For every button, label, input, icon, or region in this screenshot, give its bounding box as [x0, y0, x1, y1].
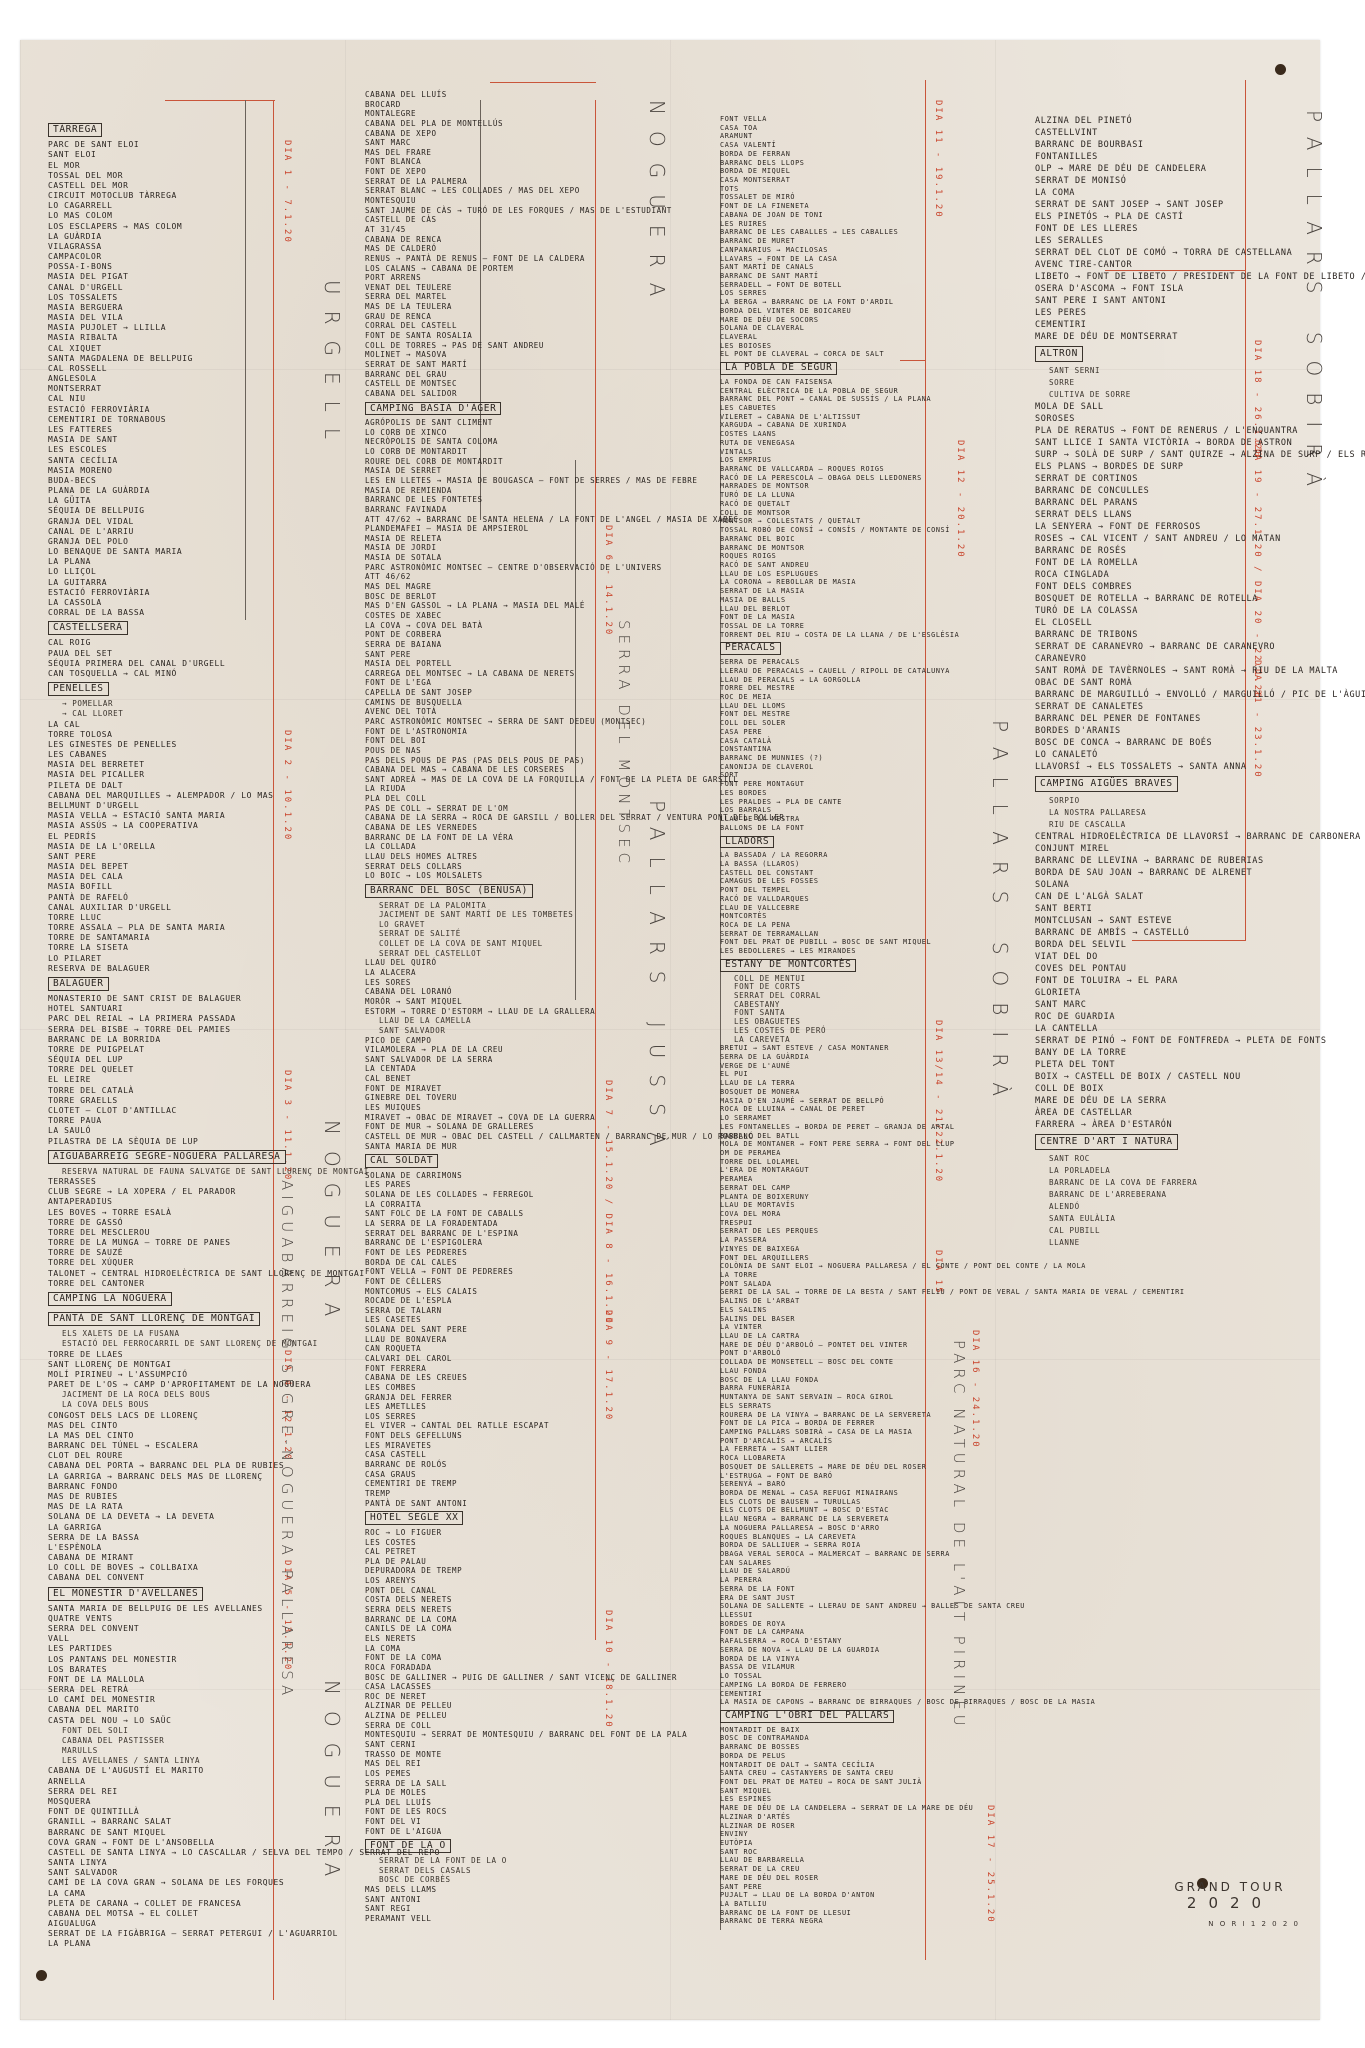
route-column-4: ALZINA DEL PINETÓCASTELLVINTBARRANC DE B…: [1035, 115, 1245, 1249]
place-name: SANT LLICE I SANTA VICTÒRIA → BORDA DE A…: [1035, 438, 1292, 448]
place-name: PONT D'ARCALÍS → ARCALÍS: [720, 1437, 833, 1445]
place-name: BORDA DEL SELVIL: [1035, 940, 1126, 950]
place-entry: ANTAPERADIUS: [48, 1197, 268, 1207]
place-entry: COLL DE MONTSOR: [720, 509, 925, 518]
place-name: SERRAT DELS COLLARS: [365, 862, 462, 871]
place-entry: SÉQUIA PRIMERA DEL CANAL D'URGELL: [48, 659, 268, 669]
place-entry: FONT DE LES LLERES: [1035, 223, 1245, 235]
place-name: SERRAT DE LA PALOMITA: [379, 901, 486, 910]
place-name: FONT DEL PRAT DE MATEU → ROCA DE SANT JU…: [720, 1778, 922, 1786]
place-entry: MARULLS: [48, 1746, 268, 1756]
place-entry: TORRE DEL MESTRE: [720, 684, 925, 693]
place-entry: COLL DE TORRES → PAS DE SANT ANDREU: [365, 341, 590, 351]
place-name: FONT DE LES ROCS: [365, 1807, 447, 1816]
place-name: CLAVERAL: [720, 333, 758, 341]
place-entry: CAL PUBILL: [1035, 1225, 1245, 1237]
place-name: LES ESCOLES: [48, 445, 107, 454]
place-name: BARRANC DEL BATLL: [720, 1132, 800, 1140]
place-entry: CAL BENET: [365, 1074, 590, 1084]
place-name: LES FONTANELLES → BORDA DE PERET — GRANJ…: [720, 1123, 955, 1131]
place-name: TOSSAL DEL MOR: [48, 171, 123, 180]
place-entry: CABANA DEL CONVENT: [48, 1573, 268, 1583]
place-name: SERRA DEL BISBE → TORRE DEL PAMIES: [48, 1025, 231, 1034]
place-entry: LA ALACERA: [365, 968, 590, 978]
place-name: SOROSES: [1035, 414, 1075, 424]
place-entry: SERRA DE LA GUÀRDIA: [720, 1053, 925, 1062]
place-name: CABANA DEL MARITO: [48, 1705, 139, 1714]
place-name: AGRÓPOLIS DE SANT CLIMENT: [365, 418, 493, 427]
place-name: ROC DE NERET: [365, 1692, 426, 1701]
place-name: OSERA D'ASCOMA → FONT ISLA: [1035, 284, 1184, 294]
place-name: LA FERRETA → SANT LLIER: [720, 1445, 828, 1453]
place-name: LES CABANES: [48, 750, 107, 759]
place-name: ELS CLOTS DE BELLMUNT → BOSC D'ESTAC: [720, 1506, 889, 1514]
place-entry: BARRANC DE BOURBASI: [1035, 139, 1245, 151]
place-name: COLLADA DE MONSETELL — BOSC DEL CONTE: [720, 1358, 894, 1366]
place-name: MASIA DEL BEPET: [48, 862, 129, 871]
place-entry: MASIA PUJOLET → LLILLA: [48, 323, 268, 333]
place-name: MARRADES DE MONTSOR: [720, 482, 809, 490]
place-entry: GRAU DE RENCA: [365, 312, 590, 322]
place-name: EL PEDRÍS: [48, 832, 96, 841]
place-entry: BOSC DE BERLOT: [365, 592, 590, 602]
place-name: ALZINAR D'ARTÉS: [720, 1813, 790, 1821]
place-entry: CLAU DE VALLCEBRE: [720, 904, 925, 913]
place-name: BELLMUNT D'URGELL: [48, 801, 139, 810]
place-entry: SERRA DEL REI: [48, 1787, 268, 1797]
place-entry: POUS DE NAS: [365, 746, 590, 756]
place-entry: MASIA DE SERRET: [365, 466, 590, 476]
place-heading: ESTANY DE MONTCORTÈS: [720, 956, 925, 975]
place-entry: ANGLESOLA: [48, 374, 268, 384]
place-name: LA SENYERA → FONT DE FERROSOS: [1035, 522, 1201, 532]
place-name: PLA DEL COLL: [365, 794, 426, 803]
place-name: TOSSAL DE LA TORRE: [720, 622, 804, 630]
place-name: TORRE DEL MESTRE: [720, 684, 795, 692]
place-entry: BARRANC DE ROLÓS: [365, 1460, 590, 1470]
day-label: DIA 16 - 24.1.20: [970, 1330, 980, 1449]
place-name: COVA GRAN → FONT DE L'ANSOBELLA: [48, 1838, 214, 1847]
place-entry: MAS DE LA RATA: [48, 1502, 268, 1512]
place-name: TORRE DEL CATALÀ: [48, 1086, 134, 1095]
place-name: SANT PERE: [720, 1883, 762, 1891]
place-entry: BARRANC DEL BATLL: [720, 1132, 925, 1141]
place-entry: EL LEIRE: [48, 1075, 268, 1085]
place-entry: CABANA DE XEPO: [365, 129, 590, 139]
place-name: BARRANC DEL BOSC (BENUSA): [365, 884, 533, 898]
place-name: LES EN LLETES → MASIA DE BOUGASCA — FONT…: [365, 476, 698, 485]
place-entry: SANT FOLC DE LA FONT DE CABALLS: [365, 1209, 590, 1219]
place-name: SERRA DE TALARN: [365, 1306, 442, 1315]
place-entry: ROCA FORADADA: [365, 1663, 590, 1673]
place-name: LA NOSTRA PALLARESA: [1049, 808, 1146, 817]
place-name: FONT DE CÈLLERS: [365, 1277, 442, 1286]
place-name: CAN TOSQUELLA → CAL MINÓ: [48, 669, 177, 678]
place-name: LES PARES: [365, 1180, 411, 1189]
place-entry: SANTA CECÍLIA: [48, 456, 268, 466]
place-name: CABANA DEL LORANÓ: [365, 987, 452, 996]
place-entry: BANY DE LA TORRE: [1035, 1047, 1245, 1059]
place-name: COVA DEL MORA: [720, 1210, 781, 1218]
place-entry: BARRANC DEL PONT → CANAL DE SUSSÍS / LA …: [720, 395, 925, 404]
place-entry: LES COMBES: [365, 1383, 590, 1393]
place-name: FONT DE LA CAMPANA: [720, 1628, 804, 1636]
place-name: ROCADE DE L'ESPLA: [365, 1296, 452, 1305]
place-entry: LO CANALETÓ: [1035, 749, 1245, 761]
place-name: SANT SALVADOR DE LA SERRA: [365, 1055, 493, 1064]
place-name: SERRA DE LA FONT: [720, 1585, 795, 1593]
place-entry: LA NOGUERA PALLARESA → BOSC D'ARRO: [720, 1524, 925, 1533]
place-name: GRANILL → BARRANC SALAT: [48, 1817, 172, 1826]
place-name: SORPIO: [1049, 796, 1080, 805]
place-entry: CIRCUIT MOTOCLUB TÀRREGA: [48, 191, 268, 201]
place-entry: FONT DE LA FINENETA: [720, 202, 925, 211]
place-name: ALENDÓ: [1049, 1202, 1080, 1211]
place-entry: EL PONT DE CLAVERAL → CORCA DE SALT: [720, 350, 925, 359]
place-entry: SERRAT DE LA PALOMITA: [365, 901, 590, 911]
place-entry: TORRE DE GASSÓ: [48, 1218, 268, 1228]
red-day-divider: [1245, 720, 1246, 940]
place-entry: BARRANC DE TRIBONS: [1035, 629, 1245, 641]
place-name: BOSC DE BERLOT: [365, 592, 437, 601]
place-name: LA POBLA DE SEGUR: [720, 362, 837, 375]
place-entry: LOS PEMES: [365, 1769, 590, 1779]
place-name: SANT MARC: [1035, 1000, 1086, 1010]
place-entry: LA TORRE: [720, 1271, 925, 1280]
place-name: PANTÀ DE SANT ANTONI: [365, 1499, 467, 1508]
place-name: CASA CATALÀ: [720, 737, 772, 745]
place-entry: AGRÓPOLIS DE SANT CLIMENT: [365, 418, 590, 428]
place-name: FONT PERE MONTAGUT: [720, 780, 804, 788]
place-entry: BOSC DE CONCA → BARRANC DE BOÉS: [1035, 737, 1245, 749]
place-entry: CABANA DE LES CREUES: [365, 1373, 590, 1383]
place-name: PLETA DE CARANA → COLLET DE FRANCESA: [48, 1899, 241, 1908]
place-name: TORRE DE GASSÓ: [48, 1218, 123, 1227]
place-entry: COLL DEL SOLER: [720, 719, 925, 728]
place-entry: SORPIO: [1035, 795, 1245, 807]
place-name: SOLANA DE LA DEVETA → LA DEVETA: [48, 1512, 214, 1521]
place-entry: PARC ASTRONÒMIC MONTSEC — CENTRE D'OBSER…: [365, 563, 590, 573]
place-name: RENUS → PANTÀ DE RENUS — FONT DE LA CALD…: [365, 254, 585, 263]
place-name: CARREGA DEL MONTSEC → LA CABANA DE NERET…: [365, 669, 575, 678]
place-entry: MAS DELS LLAMS: [365, 1885, 590, 1895]
place-entry: SERRA DE LA BASSA: [48, 1533, 268, 1543]
place-entry: MOLÍ PIRINEU → L'ASSUMPCIÓ: [48, 1370, 268, 1380]
place-entry: FONT DELS COMBRES: [1035, 581, 1245, 593]
place-name: ATT 46/62: [365, 572, 411, 581]
place-entry: BOSC DE CORBÈS: [365, 1875, 590, 1885]
place-entry: MONTARDIT DE BAIX: [720, 1726, 925, 1735]
place-entry: MAS DEL CINTO: [48, 1421, 268, 1431]
place-name: CAPELLA DE SANT JOSEP: [365, 688, 472, 697]
place-entry: PLETA DEL TONT: [1035, 1059, 1245, 1071]
place-entry: BARRANC DE AMBÍS → CASTELLÓ: [1035, 927, 1245, 939]
place-entry: CABANA DE RENCA: [365, 235, 590, 245]
place-name: MASIA DE BALLS: [720, 596, 786, 604]
place-entry: MASIA DE SANT: [48, 435, 268, 445]
place-name: CARANEVRO: [1035, 654, 1086, 664]
place-name: BARRANC DE LES CABALLES → LES CABALLES: [720, 228, 898, 236]
place-name: BARRANC DEL GRAU: [365, 370, 447, 379]
place-name: TORRE LA SISETA: [48, 943, 129, 952]
place-entry: SANTA MAGDALENA DE BELLPUIG: [48, 354, 268, 364]
place-name: BARRANC DEL PONT → CANAL DE SUSSÍS / LA …: [720, 395, 931, 403]
place-name: LES CABUETES: [720, 404, 776, 412]
place-name: RACÓ DE LA PERESCOLA — OBAGA DELS LLEDON…: [720, 474, 922, 482]
place-name: MONTSERRAT: [48, 384, 102, 393]
place-entry: BUDA-BECS: [48, 476, 268, 486]
place-entry: BARRANC DE BOSSES: [720, 1743, 925, 1752]
place-entry: FONT PERE MONTAGUT: [720, 780, 925, 789]
place-entry: MAS DE LA TEULERA: [365, 302, 590, 312]
place-entry: RENUS → PANTÀ DE RENUS — FONT DE LA CALD…: [365, 254, 590, 264]
place-entry: OLP → MARE DE DÉU DE CANDELERA: [1035, 163, 1245, 175]
red-connector: [165, 100, 275, 101]
place-entry: PONT DE CORBERA: [365, 630, 590, 640]
place-name: MASIA MORENO: [48, 466, 112, 475]
route-notebook-sheet: DIA 1 - 7.1.20 DIA 2 - 10.1.20 DIA 3 - 1…: [20, 40, 1320, 2020]
place-name: CASA CASTELL: [365, 1450, 426, 1459]
place-entry: LA CAMA: [48, 1889, 268, 1899]
place-entry: ENVINY: [720, 1830, 925, 1839]
place-entry: CABANA DE LES VERNEDES: [365, 823, 590, 833]
place-entry: CASA VALENTÍ: [720, 141, 925, 150]
place-entry: BORDA DE PELUS: [720, 1752, 925, 1761]
place-entry: FONT DEL VI: [365, 1817, 590, 1827]
place-name: PORT ARRENS: [365, 273, 421, 282]
place-name: BARRANC DE LLEVINA → BARRANC DE RUBERIAS: [1035, 856, 1264, 866]
place-entry: LA RIUDA: [365, 784, 590, 794]
place-entry: BORDA DE SAU JOAN → BARRANC DE ALRENET: [1035, 867, 1245, 879]
place-entry: GRANJA DEL VIDAL: [48, 517, 268, 527]
place-entry: FONT DE L'AIGUA: [365, 1827, 590, 1837]
place-name: AIGUALUGA: [48, 1919, 96, 1928]
place-entry: CEMENTIRI DE TORNABOUS: [48, 415, 268, 425]
place-entry: LES BEDOLLERES → LES MIRANDES: [720, 947, 925, 956]
place-entry: FONT DE XEPO: [365, 167, 590, 177]
place-entry: TORRE DE SAUZÉ: [48, 1248, 268, 1258]
place-entry: SANT LLICE I SANTA VICTÒRIA → BORDA DE A…: [1035, 437, 1245, 449]
place-entry: BARRANC DE L'ARREBERANA: [1035, 1189, 1245, 1201]
place-entry: ROCA LLOBARETA: [720, 1454, 925, 1463]
place-name: BARRANC DE CONCULLES: [1035, 486, 1149, 496]
place-entry: LO GRAVET: [365, 920, 590, 930]
place-entry: TORRE DEL CANTONER: [48, 1279, 268, 1289]
place-name: SERRAT DE PINÓ → FONT DE FONTFREDA → PLE…: [1035, 1036, 1327, 1046]
place-entry: CARREGA DEL MONTSEC → LA CABANA DE NERET…: [365, 669, 590, 679]
place-name: LLAU DE SALARDÚ: [720, 1567, 790, 1575]
place-entry: MONTESQUIU: [365, 196, 590, 206]
place-name: MASIA PUJOLET → LLILLA: [48, 323, 166, 332]
place-entry: LES ESCOLES: [48, 445, 268, 455]
place-name: LO BENAQUE DE SANTA MARIA: [48, 547, 182, 556]
place-entry: MONTARDIT DE DALT → SANTA CECÍLIA: [720, 1761, 925, 1770]
place-name: FONTANILLES: [1035, 152, 1098, 162]
place-name: LLAVARS → FONT DE LA CASA: [720, 255, 837, 263]
place-name: COLL DE MENTUI: [734, 974, 806, 983]
place-name: RESERVA DE BALAGUER: [48, 964, 150, 973]
place-name: LA BATLLIU: [720, 1900, 767, 1908]
place-name: CLUB SEGRE → LA XOPERA / EL PARADOR: [48, 1187, 236, 1196]
place-entry: LOS BARRALS: [720, 806, 925, 815]
place-name: MAS DEL REI: [365, 1759, 421, 1768]
place-name: LLAU DE LA MESTRA: [720, 815, 800, 823]
place-entry: LES CABANES: [48, 750, 268, 760]
place-entry: QUATRE VENTS: [48, 1614, 268, 1624]
place-name: EL CLOSELL: [1035, 618, 1092, 628]
place-entry: LA CAL: [48, 720, 268, 730]
place-entry: ESTACIÓ FERROVIÀRIA: [48, 588, 268, 598]
place-entry: BOSC DE GALLINER → PUIG DE GALLINER / SA…: [365, 1673, 590, 1683]
place-name: MAS DEL FRARE: [365, 148, 432, 157]
place-entry: MIRAVET → OBAC DE MIRAVET → COVA DE LA G…: [365, 1113, 590, 1123]
place-name: MASIA RIBALTA: [48, 333, 118, 342]
place-name: SANT FOLC DE LA FONT DE CABALLS: [365, 1209, 524, 1218]
place-entry: BALLONS DE LA FONT: [720, 824, 925, 833]
region-label-pallars-sobira: PALLARS SOBIRÀ: [988, 720, 1012, 1112]
place-name: CAMPING L'OBRI DEL PALLARS: [720, 1710, 894, 1723]
place-name: BROCARD: [365, 100, 401, 109]
place-name: LO CAMÍ DEL MONESTIR: [48, 1695, 155, 1704]
place-entry: BARRANC DEL GRAU: [365, 370, 590, 380]
place-entry: BARRANC DE SANT MIQUEL: [48, 1828, 268, 1838]
place-entry: MASIA VELLA → ESTACIÓ SANTA MARIA: [48, 811, 268, 821]
place-entry: CANONIJA DE CLAVEROL: [720, 763, 925, 772]
place-heading: HOTEL SEGLE XX: [365, 1508, 590, 1528]
place-entry: BARRANC DE LA FONT DE LA VÉRA: [365, 833, 590, 843]
place-name: LES FATTERES: [48, 425, 112, 434]
place-name: JACIMENT DE SANT MARTÍ DE LES TOMBETES: [379, 910, 573, 919]
place-name: LOS SERRES: [720, 289, 767, 297]
place-entry: MAS DEL FRARE: [365, 148, 590, 158]
place-entry: CAN DE L'ALGÀ SALAT: [1035, 891, 1245, 903]
place-name: MORÓR → SANT MIQUEL: [365, 997, 462, 1006]
place-name: FONT BLANCA: [365, 157, 421, 166]
place-name: FONT DE LA PICA → BORDA DE FERRER: [720, 1419, 875, 1427]
place-name: LOS ESCLAPERS → MAS COLOM: [48, 222, 182, 231]
place-name: LA SAULÓ: [48, 1126, 91, 1135]
place-entry: CABANA DE MIRANT: [48, 1553, 268, 1563]
place-entry: LO LLIÇOL: [48, 567, 268, 577]
place-name: LES MUIQUES: [365, 1103, 421, 1112]
place-entry: BARRANC DEL PENER DE FONTANES: [1035, 713, 1245, 725]
place-name: RESERVA NATURAL DE FAUNA SALVATGE DE SAN…: [62, 1167, 369, 1176]
place-name: AT 31/45: [365, 225, 406, 234]
place-entry: TORRENT DEL RIU → COSTA DE LA LLANA / DE…: [720, 631, 925, 640]
place-name: COLL DE MONTSOR: [720, 509, 790, 517]
place-entry: MASIA DEL BEPET: [48, 862, 268, 872]
place-entry: SERRAT DE LA CREU: [720, 1865, 925, 1874]
place-heading: CAMPING L'OBRI DEL PALLARS: [720, 1707, 925, 1726]
place-name: ROC → LO FIGUER: [365, 1528, 442, 1537]
place-entry: SERRAT DE SANT MARTÍ: [365, 360, 590, 370]
place-name: ELS SERRATS: [720, 1402, 772, 1410]
place-name: BORDA DE LA VINYA: [720, 1655, 800, 1663]
place-entry: LES BOIOSES: [720, 342, 925, 351]
place-entry: LES PRALDES → PLA DE CANTE: [720, 798, 925, 807]
place-entry: ELS XALETS DE LA FUSANA: [48, 1329, 268, 1339]
place-entry: SERRAT DEL BARRANC DE L'ESPINA: [365, 1229, 590, 1239]
place-name: LA PORLADELA: [1049, 1166, 1110, 1175]
place-entry: MASIA DEL PORTELL: [365, 659, 590, 669]
place-entry: CABANA DEL MAS → CABANA DE LES CORSERES: [365, 765, 590, 775]
place-entry: RAFALSERRA → ROCA D'ESTANY: [720, 1637, 925, 1646]
place-entry: JACIMENT DE LA ROCA DELS BOUS: [48, 1390, 268, 1400]
place-entry: FONT DE LA MALLOLA: [48, 1675, 268, 1685]
place-name: CAMPING BASIA D'ÀGER: [365, 402, 501, 416]
place-name: LO SERRAMET: [720, 1114, 772, 1122]
place-name: CABANA DE RENCA: [365, 235, 442, 244]
place-name: TERRASSES: [48, 1177, 96, 1186]
place-name: BOSC DE CONCA → BARRANC DE BOÉS: [1035, 738, 1212, 748]
place-name: VILAGRASSA: [48, 242, 102, 251]
day-label: DIA 13/14 - 21/22.1.20: [933, 1020, 943, 1183]
place-name: SOLANA DEL SANT PERE: [365, 1325, 467, 1334]
place-name: LA BASSA (LLAROS): [720, 860, 800, 868]
place-name: ROCA DE LLUINA → CANAL DE PERET: [720, 1105, 865, 1113]
place-name: LES PARTIDES: [48, 1644, 112, 1653]
place-name: SOLANA: [1035, 880, 1069, 890]
place-entry: ESTORM → TORRE D'ESTORM → LLAU DE LA GRA…: [365, 1007, 590, 1017]
place-entry: SANT MARTÍ DE CANALS: [720, 263, 925, 272]
place-name: GRANJA DEL FERRER: [365, 1393, 452, 1402]
place-name: LOS EMPRIUS: [720, 456, 772, 464]
place-entry: SERRAT DELS COLLARS: [365, 862, 590, 872]
place-name: MONTESQUIU → SERRAT DE MONTESQUIU / BARR…: [365, 1730, 687, 1739]
place-entry: BORDA DE LA VINYA: [720, 1655, 925, 1664]
place-name: LA RIUDA: [365, 784, 406, 793]
place-name: BOSC DE CONTRAMANDA: [720, 1734, 809, 1742]
place-name: ROCA CINGLADA: [1035, 570, 1109, 580]
place-entry: CABANA DEL MARQUILLES → ALEMPADOR / LO M…: [48, 791, 268, 801]
place-name: GRAU DE RENCA: [365, 312, 432, 321]
place-entry: LO COLL DE BOVES → COLLBAIXA: [48, 1563, 268, 1573]
place-entry: CASTA DEL NOU → LO SAÜC: [48, 1716, 268, 1726]
place-entry: PANTÀ DE SANT ANTONI: [365, 1499, 590, 1509]
place-name: CANILS DE LA COMA: [365, 1624, 452, 1633]
place-entry: BARRANC DE LA BORRIDA: [48, 1035, 268, 1045]
place-entry: AVENC TIRE-CANTOR: [1035, 259, 1245, 271]
place-entry: PLA DEL COLL: [365, 794, 590, 804]
place-entry: SERRAT DE SALITÉ: [365, 929, 590, 939]
region-label-aiguabarreig: AIGUABARREIG SEGRE-NOGUERA PALLARESA: [278, 1180, 296, 1700]
place-entry: CENTRAL ELÈCTRICA DE LA POBLA DE SEGUR: [720, 387, 925, 396]
place-name: SANT PERE I SANT ANTONI: [1035, 296, 1167, 306]
place-name: CASTELL DEL MOR: [48, 181, 129, 190]
place-name: PERAMANT VELL: [365, 1914, 432, 1923]
place-name: QUATRE VENTS: [48, 1614, 112, 1623]
place-name: CABANA DE XEPO: [365, 129, 437, 138]
place-entry: SALINS DE L'ARBAT: [720, 1297, 925, 1306]
place-entry: PLA DE MOLES: [365, 1788, 590, 1798]
place-entry: LES MUIQUES: [365, 1103, 590, 1113]
day-label: DIA 21 - 23.1.20: [1252, 660, 1262, 779]
place-heading: LLADORS: [720, 833, 925, 852]
place-name: CABANA DEL CONVENT: [48, 1573, 145, 1582]
route-column-3: FONT VELLACASA TOAARAMUNTCASA VALENTÍBOR…: [720, 115, 925, 1926]
place-entry: LOS EMPRIUS: [720, 456, 925, 465]
place-name: CABANA DE MIRANT: [48, 1553, 134, 1562]
place-entry: BORDA DE FERRAN: [720, 150, 925, 159]
place-name: SANTA MARIA DE BELLPUIG DE LES AVELLANES: [48, 1604, 263, 1613]
place-entry: MASIA DEL PICALLER: [48, 770, 268, 780]
place-entry: SANT MARC: [365, 138, 590, 148]
place-entry: VINYES DE BAIXEGA: [720, 1245, 925, 1254]
place-name: DEPURADORA DE TREMP: [365, 1566, 462, 1575]
place-entry: LA GUITARRA: [48, 578, 268, 588]
place-entry: LA FONDA DE CAN FAISENSA: [720, 378, 925, 387]
place-entry: LLAU DEL BERLOT: [720, 605, 925, 614]
